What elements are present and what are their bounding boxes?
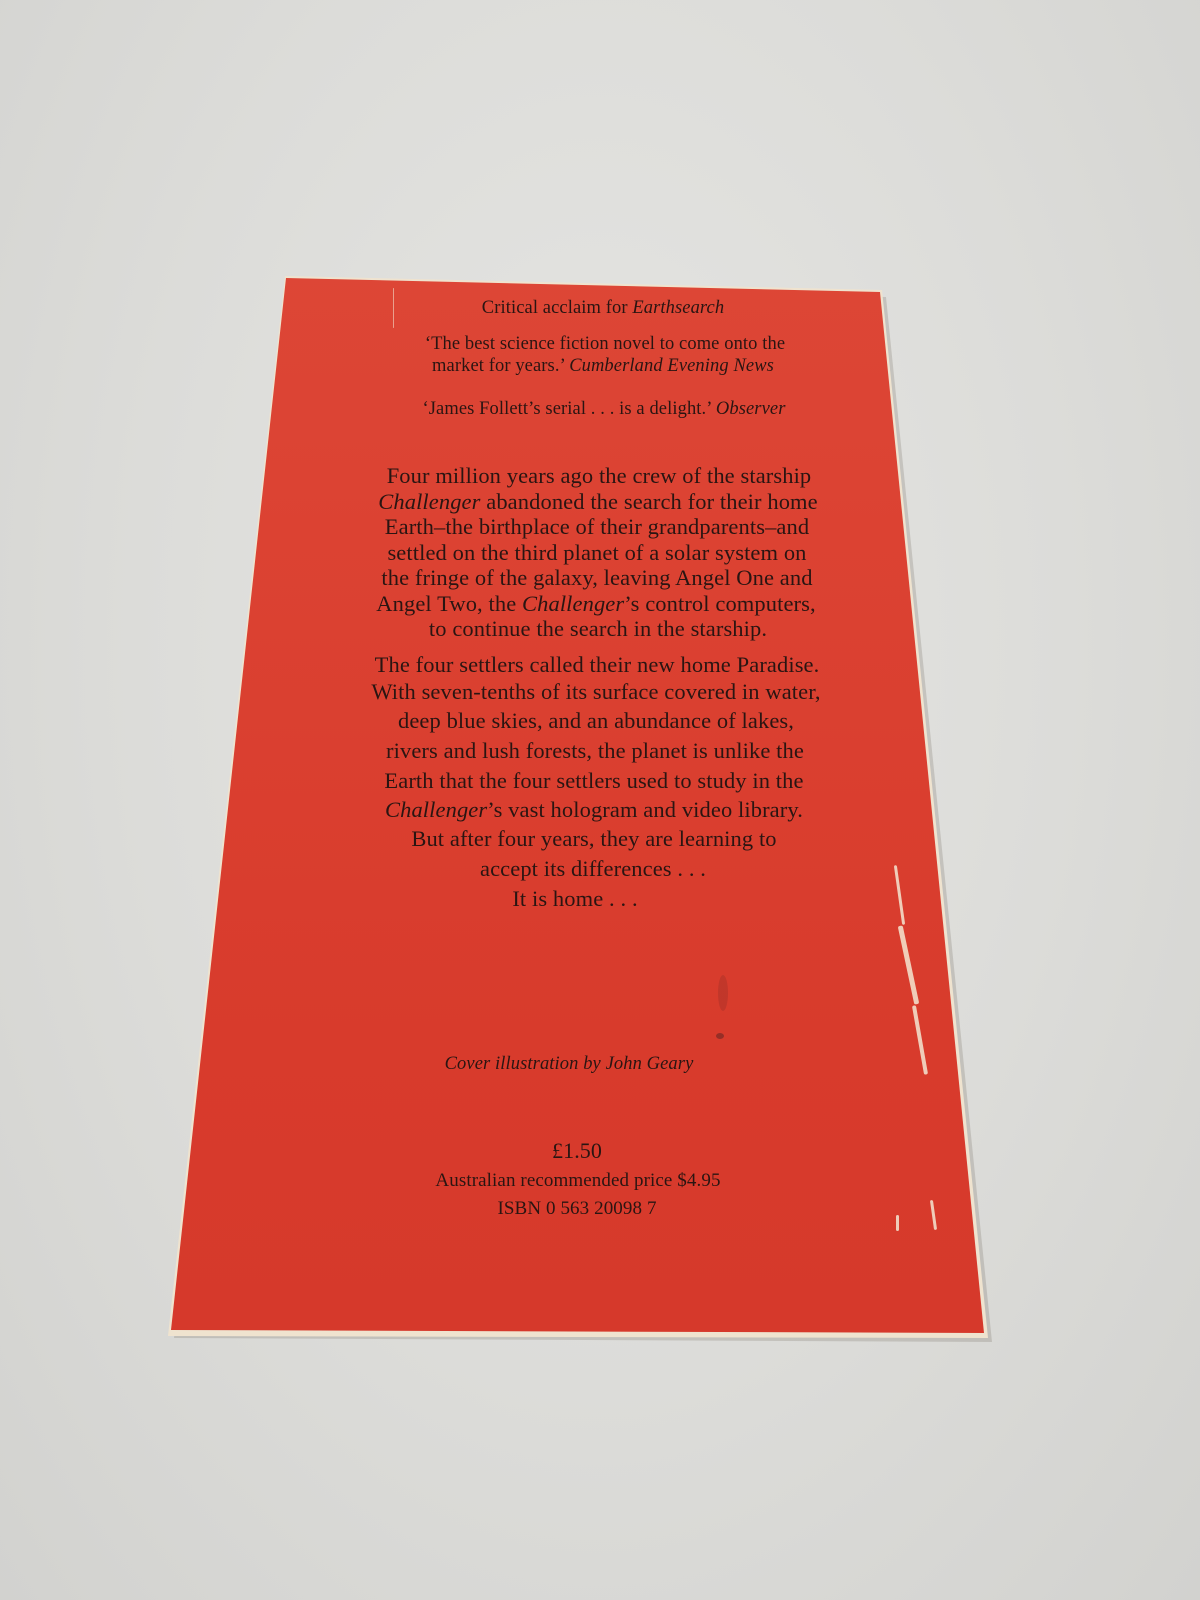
australian-price: Australian recommended price $4.95 (0, 1170, 1178, 1192)
book-title: Earthsearch (632, 298, 724, 318)
illustration-credit: Cover illustration by John Geary (0, 1054, 1169, 1075)
acclaim-heading: Critical acclaim for Earthsearch (3, 298, 1200, 319)
quote-source: Cumberland Evening News (569, 356, 774, 376)
quote-1-line-1: ‘The best science fiction novel to come … (5, 334, 1200, 355)
isbn: ISBN 0 563 20098 7 (0, 1198, 1177, 1220)
uk-price: £1.50 (0, 1138, 1177, 1164)
quote-2: ‘James Follett’s serial . . . is a delig… (4, 399, 1200, 420)
cover-text: Critical acclaim for Earthsearch ‘The be… (0, 0, 1200, 1600)
quote-source: Observer (716, 399, 786, 419)
quote-1-line-2: market for years.’ Cumberland Evening Ne… (3, 356, 1200, 377)
